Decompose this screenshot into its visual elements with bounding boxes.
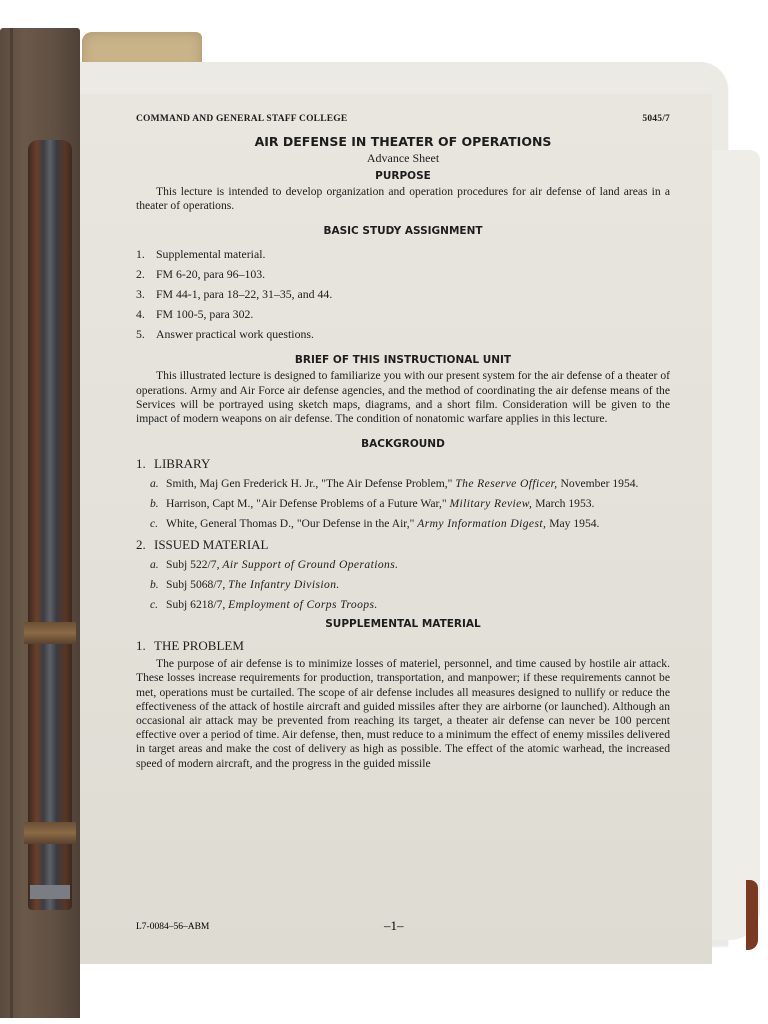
- reference-item: c.White, General Thomas D., "Our Defense…: [136, 516, 670, 531]
- list-item: 4.FM 100-5, para 302.: [136, 304, 670, 324]
- brief-text: This illustrated lecture is designed to …: [136, 369, 670, 426]
- library-list: a.Smith, Maj Gen Frederick H. Jr., "The …: [136, 476, 670, 531]
- subsection-issued-material: 2.ISSUED MATERIAL: [136, 537, 670, 553]
- section-heading-supplemental: SUPPLEMENTAL MATERIAL: [136, 618, 670, 630]
- reference-item: a.Smith, Maj Gen Frederick H. Jr., "The …: [136, 476, 670, 491]
- fastener-end: [30, 885, 70, 899]
- list-item: 5.Answer practical work questions.: [136, 324, 670, 344]
- binder-fastener: [28, 140, 72, 910]
- purpose-text: This lecture is intended to develop orga…: [136, 185, 670, 213]
- document-subtitle: Advance Sheet: [136, 151, 670, 166]
- section-heading-background: BACKGROUND: [136, 438, 670, 450]
- reference-item: b.Subj 5068/7, The Infantry Division.: [136, 577, 670, 592]
- section-heading-brief: BRIEF OF THIS INSTRUCTIONAL UNIT: [136, 354, 670, 366]
- document-number: 5045/7: [642, 114, 670, 124]
- page-number: –1–: [384, 918, 404, 934]
- document-code: L7-0084–56–ABM: [136, 922, 209, 932]
- list-item: 2.FM 6-20, para 96–103.: [136, 264, 670, 284]
- section-heading-basic-study: BASIC STUDY ASSIGNMENT: [136, 225, 670, 237]
- fastener-clip: [24, 822, 76, 844]
- list-item: 1.Supplemental material.: [136, 244, 670, 264]
- fastener-clip: [24, 622, 76, 644]
- document-content: COMMAND AND GENERAL STAFF COLLEGE 5045/7…: [136, 114, 670, 771]
- basic-study-list: 1.Supplemental material. 2.FM 6-20, para…: [136, 244, 670, 344]
- section-heading-purpose: PURPOSE: [136, 170, 670, 182]
- document-page: COMMAND AND GENERAL STAFF COLLEGE 5045/7…: [80, 94, 712, 964]
- reference-item: c.Subj 6218/7, Employment of Corps Troop…: [136, 597, 670, 612]
- page-header: COMMAND AND GENERAL STAFF COLLEGE 5045/7: [136, 114, 670, 124]
- reference-item: b.Harrison, Capt M., "Air Defense Proble…: [136, 496, 670, 511]
- issued-material-list: a.Subj 522/7, Air Support of Ground Oper…: [136, 557, 670, 612]
- binder-cover-edge: [10, 28, 13, 1018]
- subsection-the-problem: 1.THE PROBLEM: [136, 638, 670, 654]
- document-title: AIR DEFENSE IN THEATER OF OPERATIONS: [136, 134, 670, 149]
- institution-name: COMMAND AND GENERAL STAFF COLLEGE: [136, 114, 347, 124]
- reference-item: a.Subj 522/7, Air Support of Ground Oper…: [136, 557, 670, 572]
- back-cover-edge: [746, 880, 758, 950]
- problem-text: The purpose of air defense is to minimiz…: [136, 657, 670, 771]
- list-item: 3.FM 44-1, para 18–22, 31–35, and 44.: [136, 284, 670, 304]
- subsection-library: 1.LIBRARY: [136, 456, 670, 472]
